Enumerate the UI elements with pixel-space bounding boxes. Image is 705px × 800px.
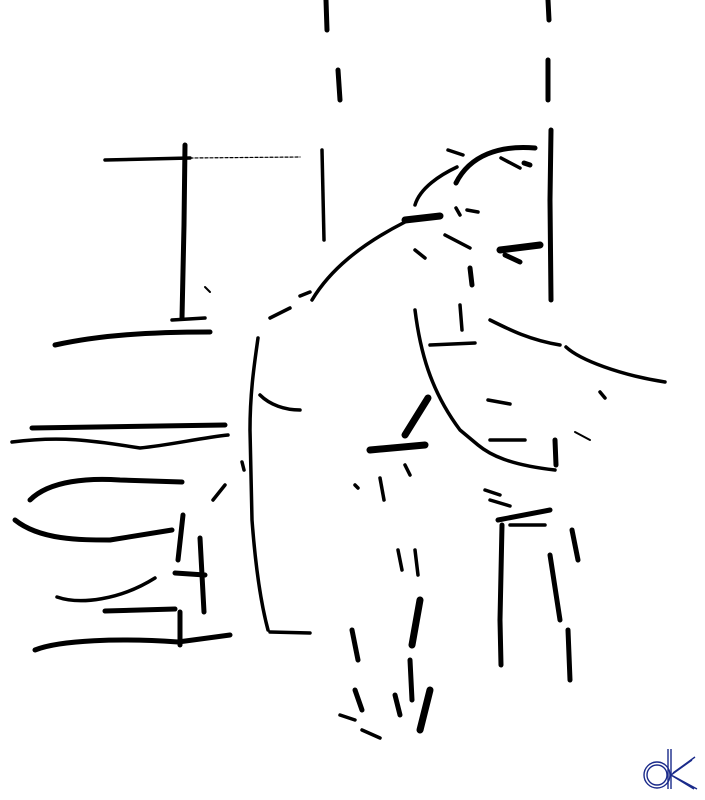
ink-sketch [0, 0, 705, 800]
signature-monogram: dk [640, 745, 702, 793]
signature-text: dk [640, 745, 660, 749]
